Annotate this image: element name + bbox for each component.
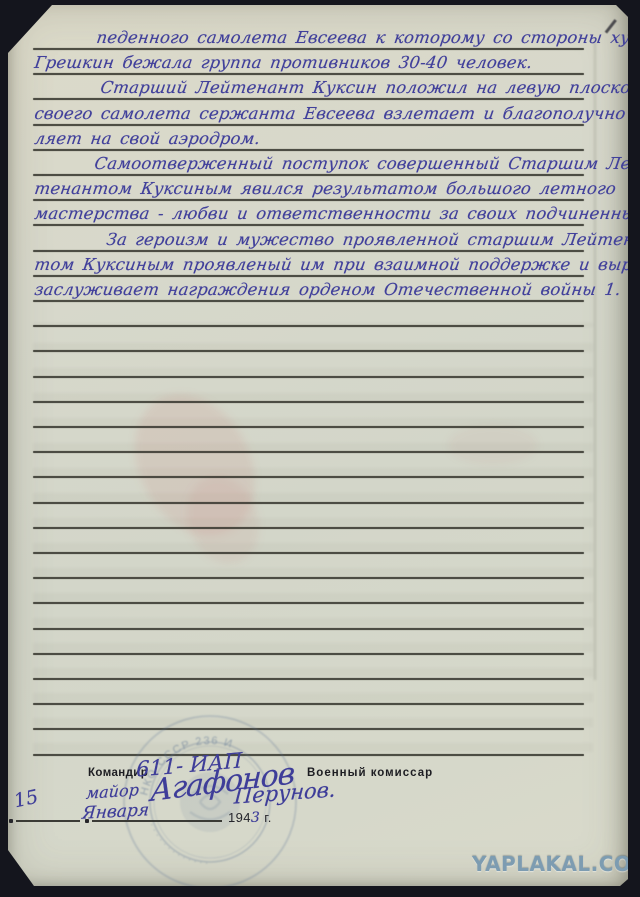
ruled-line (33, 325, 584, 327)
ruled-line (33, 502, 584, 504)
handwritten-line: Самоотверженный поступок совершенный Ста… (33, 153, 640, 175)
date-line-dot (9, 819, 13, 823)
paper-crease (594, 40, 596, 680)
rank-handwritten: майор (85, 780, 139, 803)
paper-sheet: педенного самолета Евсеева к которому со… (8, 5, 628, 886)
watermark-text: YAPLAKAL.COM (472, 852, 640, 876)
date-line-segment (92, 820, 222, 822)
handwritten-line: Грешкин бежала группа противников 30-40 … (33, 52, 534, 74)
date-line-dot (85, 819, 89, 823)
handwritten-line: За героизм и мужество проявленной старши… (33, 229, 640, 251)
handwritten-line: Старший Лейтенант Куксин положил на леву… (33, 77, 640, 99)
bleedthrough-texture (33, 323, 593, 768)
ruled-line (33, 754, 584, 756)
typed-year-suffix: г. (260, 810, 272, 825)
ruled-line (33, 577, 584, 579)
ruled-line (33, 678, 584, 680)
ruled-line (33, 703, 584, 705)
handwritten-line: педенного самолета Евсеева к которому со… (33, 27, 640, 49)
ruled-line (33, 376, 584, 378)
handwritten-line: ляет на свой аэродром. (33, 128, 262, 150)
handwritten-line: заслуживает награждения орденом Отечеств… (33, 279, 640, 301)
handwritten-line: своего самолета сержанта Евсеева взлетае… (33, 103, 640, 125)
typed-year-prefix: 194 (228, 810, 251, 825)
handwritten-line: мастерства - любви и ответственности за … (33, 203, 640, 225)
date-day-handwritten: 15 (12, 786, 40, 813)
ruled-line (33, 527, 584, 529)
typed-year: 1943 г. (228, 810, 272, 826)
ruled-line (33, 426, 584, 428)
red-smudge (448, 425, 538, 465)
ruled-line (33, 653, 584, 655)
ruled-line (33, 401, 584, 403)
handwritten-line: том Куксиным проявленый им при взаимной … (33, 254, 640, 276)
ruled-line (33, 552, 584, 554)
handwritten-year-digit: 3 (251, 810, 260, 826)
ruled-line (33, 451, 584, 453)
scanned-document-page: педенного самолета Евсеева к которому со… (0, 0, 640, 897)
ruled-line (33, 628, 584, 630)
date-line-segment (16, 820, 80, 822)
handwritten-line: тенантом Куксиным явился результатом бол… (33, 178, 617, 200)
